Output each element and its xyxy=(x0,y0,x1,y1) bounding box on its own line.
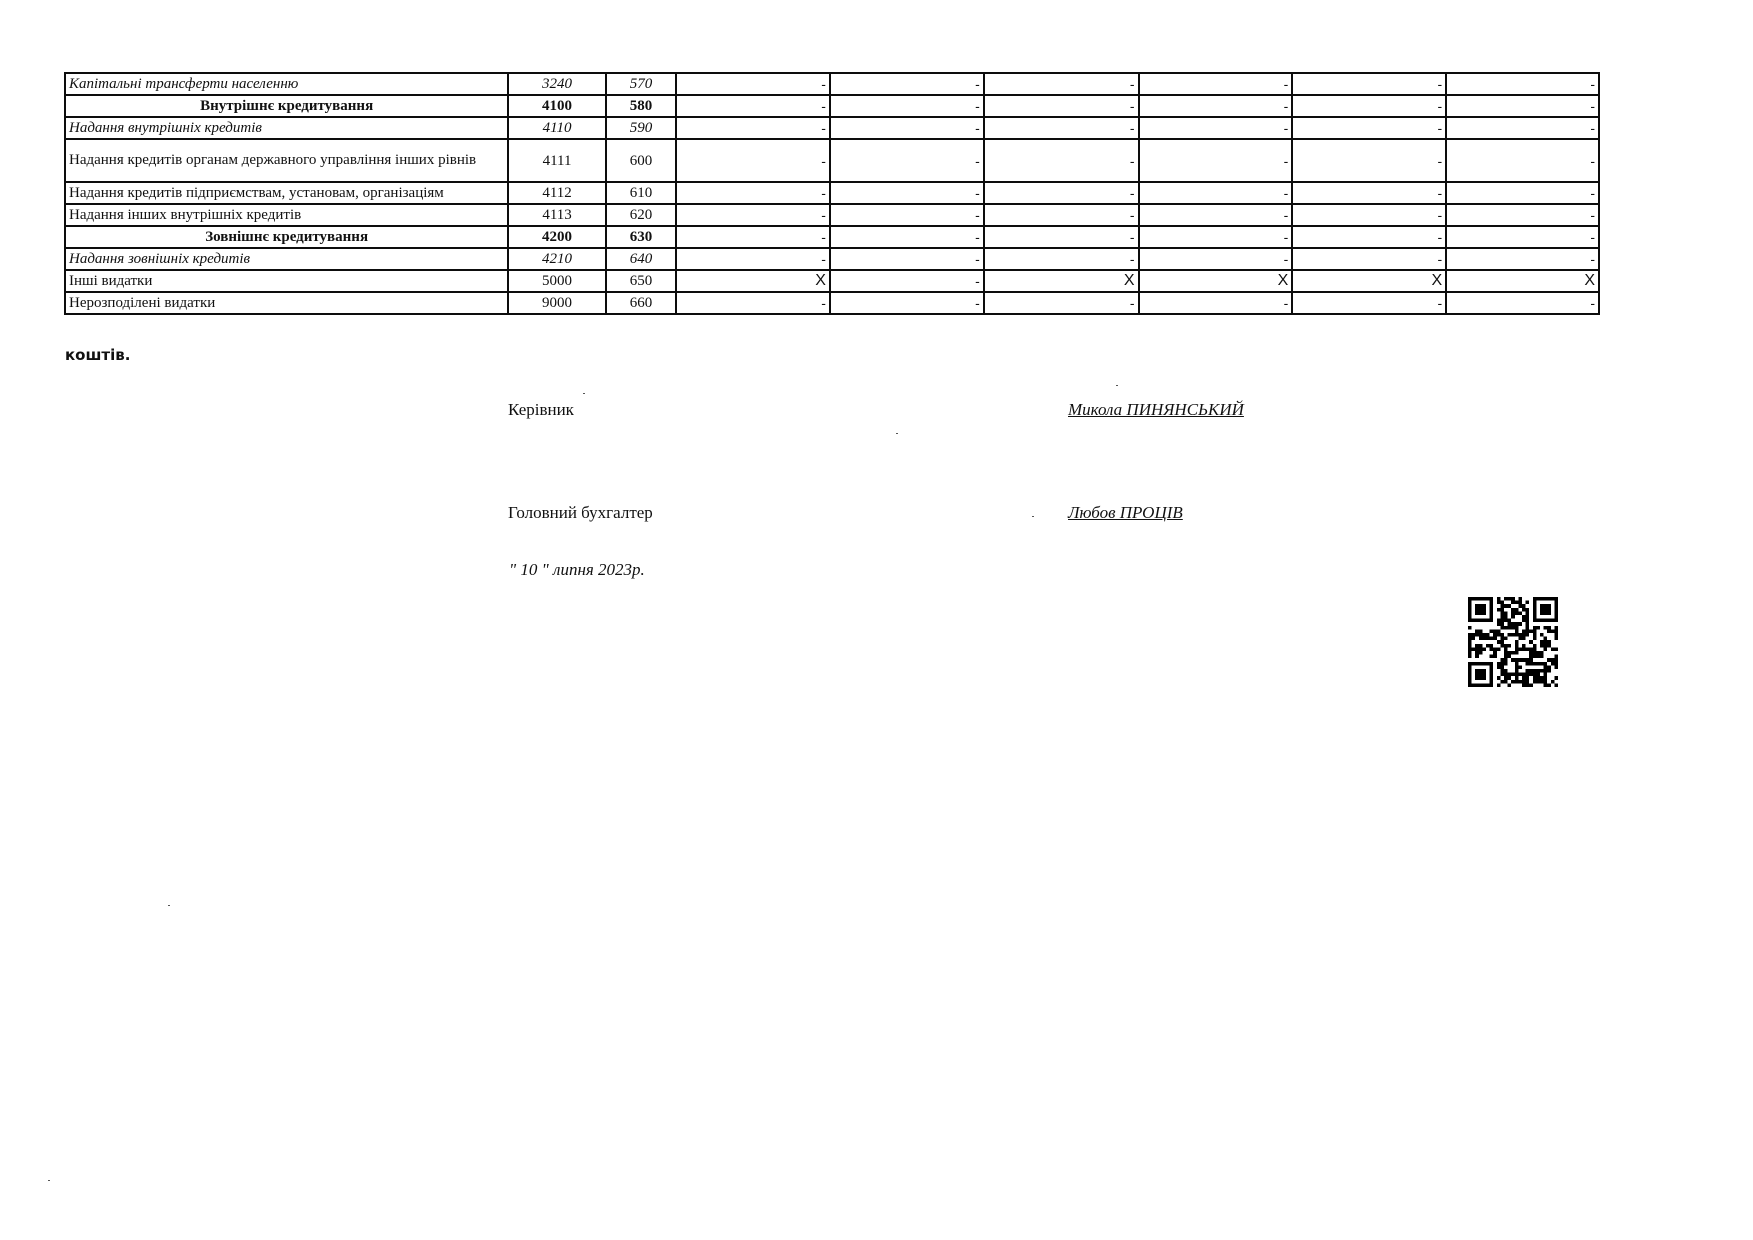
table-row: Надання зовнішніх кредитів4210640------ xyxy=(65,248,1599,270)
value-cell: - xyxy=(1446,117,1599,139)
row-number: 570 xyxy=(606,73,676,95)
value-cell: - xyxy=(1139,73,1293,95)
row-label: Надання кредитів підприємствам, установа… xyxy=(65,182,508,204)
row-number: 640 xyxy=(606,248,676,270)
kekv-code: 4210 xyxy=(508,248,606,270)
row-label: Нерозподілені видатки xyxy=(65,292,508,314)
value-cell: - xyxy=(1446,182,1599,204)
value-cell: - xyxy=(1292,226,1446,248)
value-cell: - xyxy=(830,117,984,139)
value-cell: X xyxy=(1139,270,1293,292)
row-label: Надання інших внутрішніх кредитів xyxy=(65,204,508,226)
table-row: Інші видатки5000650X-XXXX xyxy=(65,270,1599,292)
table-row: Надання внутрішніх кредитів4110590------ xyxy=(65,117,1599,139)
value-cell: - xyxy=(984,292,1139,314)
value-cell: - xyxy=(1139,182,1293,204)
document-date: " 10 " липня 2023р. xyxy=(509,560,645,580)
value-cell: - xyxy=(984,248,1139,270)
kekv-code: 5000 xyxy=(508,270,606,292)
value-cell: - xyxy=(676,204,830,226)
kekv-code: 4112 xyxy=(508,182,606,204)
value-cell: - xyxy=(830,248,984,270)
value-cell: - xyxy=(830,270,984,292)
kekv-code: 9000 xyxy=(508,292,606,314)
row-number: 620 xyxy=(606,204,676,226)
table-row: Зовнішнє кредитування4200630------ xyxy=(65,226,1599,248)
value-cell: - xyxy=(984,95,1139,117)
chief-accountant-role-label: Головний бухгалтер xyxy=(508,503,653,523)
value-cell: - xyxy=(1446,292,1599,314)
table-row: Надання інших внутрішніх кредитів4113620… xyxy=(65,204,1599,226)
value-cell: - xyxy=(830,95,984,117)
value-cell: - xyxy=(1292,292,1446,314)
value-cell: - xyxy=(1139,292,1293,314)
row-label: Надання кредитів органам державного упра… xyxy=(65,139,508,182)
value-cell: - xyxy=(1292,248,1446,270)
value-cell: - xyxy=(1446,226,1599,248)
table-row: Внутрішнє кредитування4100580------ xyxy=(65,95,1599,117)
qr-code-icon xyxy=(1468,592,1558,692)
value-cell: - xyxy=(1292,117,1446,139)
kekv-code: 4111 xyxy=(508,139,606,182)
kekv-code: 4200 xyxy=(508,226,606,248)
value-cell: - xyxy=(676,248,830,270)
value-cell: - xyxy=(1292,95,1446,117)
value-cell: - xyxy=(984,182,1139,204)
value-cell: - xyxy=(676,73,830,95)
expenditure-table: Капітальні трансферти населенню3240570--… xyxy=(64,72,1600,315)
kekv-code: 4113 xyxy=(508,204,606,226)
director-name: Микола ПИНЯНСЬКИЙ xyxy=(1068,400,1244,420)
value-cell: X xyxy=(984,270,1139,292)
value-cell: - xyxy=(1139,204,1293,226)
value-cell: - xyxy=(1446,95,1599,117)
row-label: Інші видатки xyxy=(65,270,508,292)
document-page: Капітальні трансферти населенню3240570--… xyxy=(0,0,1753,1240)
row-label: Капітальні трансферти населенню xyxy=(65,73,508,95)
value-cell: X xyxy=(1446,270,1599,292)
chief-accountant-name: Любов ПРОЦІВ xyxy=(1068,503,1183,523)
value-cell: - xyxy=(830,292,984,314)
value-cell: - xyxy=(1139,117,1293,139)
value-cell: - xyxy=(676,182,830,204)
value-cell: - xyxy=(830,139,984,182)
kekv-code: 3240 xyxy=(508,73,606,95)
value-cell: - xyxy=(984,204,1139,226)
table-row: Надання кредитів органам державного упра… xyxy=(65,139,1599,182)
value-cell: - xyxy=(1292,73,1446,95)
value-cell: - xyxy=(1446,248,1599,270)
row-number: 600 xyxy=(606,139,676,182)
value-cell: - xyxy=(1446,204,1599,226)
value-cell: - xyxy=(984,73,1139,95)
kekv-code: 4110 xyxy=(508,117,606,139)
table-row: Надання кредитів підприємствам, установа… xyxy=(65,182,1599,204)
row-label: Внутрішнє кредитування xyxy=(65,95,508,117)
value-cell: - xyxy=(676,95,830,117)
value-cell: - xyxy=(984,139,1139,182)
value-cell: X xyxy=(676,270,830,292)
table-row: Капітальні трансферти населенню3240570--… xyxy=(65,73,1599,95)
value-cell: X xyxy=(1292,270,1446,292)
kekv-code: 4100 xyxy=(508,95,606,117)
value-cell: - xyxy=(1446,139,1599,182)
row-number: 580 xyxy=(606,95,676,117)
row-number: 590 xyxy=(606,117,676,139)
value-cell: - xyxy=(1139,226,1293,248)
value-cell: - xyxy=(1292,204,1446,226)
director-role-label: Керівник xyxy=(508,400,574,420)
value-cell: - xyxy=(676,117,830,139)
value-cell: - xyxy=(1292,139,1446,182)
value-cell: - xyxy=(676,292,830,314)
row-number: 630 xyxy=(606,226,676,248)
value-cell: - xyxy=(1139,95,1293,117)
value-cell: - xyxy=(984,117,1139,139)
value-cell: - xyxy=(1139,139,1293,182)
row-number: 650 xyxy=(606,270,676,292)
value-cell: - xyxy=(1139,248,1293,270)
continuation-note: коштів. xyxy=(65,346,130,364)
value-cell: - xyxy=(830,182,984,204)
value-cell: - xyxy=(830,226,984,248)
row-label: Надання внутрішніх кредитів xyxy=(65,117,508,139)
value-cell: - xyxy=(1446,73,1599,95)
value-cell: - xyxy=(1292,182,1446,204)
value-cell: - xyxy=(676,139,830,182)
value-cell: - xyxy=(984,226,1139,248)
value-cell: - xyxy=(830,204,984,226)
row-number: 610 xyxy=(606,182,676,204)
row-number: 660 xyxy=(606,292,676,314)
table-row: Нерозподілені видатки9000660------ xyxy=(65,292,1599,314)
row-label: Надання зовнішніх кредитів xyxy=(65,248,508,270)
value-cell: - xyxy=(830,73,984,95)
value-cell: - xyxy=(676,226,830,248)
row-label: Зовнішнє кредитування xyxy=(65,226,508,248)
